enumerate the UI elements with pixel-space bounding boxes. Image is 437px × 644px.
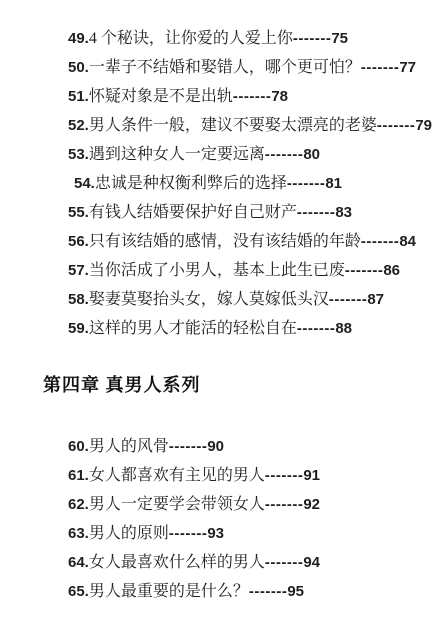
entry-title: 当你活成了小男人，基本上此生已废 [89,262,345,279]
entry-dots: ------- [297,204,335,221]
entry-number: 52. [68,117,89,134]
entry-title: 女人都喜欢有主见的男人 [89,467,265,484]
entry-page-number: 93 [207,525,224,542]
entry-title: 男人一定要学会带领女人 [89,496,265,513]
entry-title: 娶妻莫娶抬头女，嫁人莫嫁低头汉 [89,291,329,308]
entry-page-number: 90 [207,438,224,455]
entry-number: 62. [68,496,89,513]
entry-title: 有钱人结婚要保护好自己财产 [89,204,297,221]
entry-dots: ------- [249,583,287,600]
entry-title: 这样的男人才能活的轻松自在 [89,320,297,337]
toc-entry: 60.男人的风骨-------90 [0,432,437,461]
entry-number: 53. [68,146,89,163]
toc-entry: 64.女人最喜欢什么样的男人-------94 [0,548,437,577]
entry-number: 49. [68,30,89,47]
entry-page-number: 83 [335,204,352,221]
entry-number: 63. [68,525,89,542]
toc-entry: 56.只有该结婚的感情，没有该结婚的年龄-------84 [0,227,437,256]
entry-dots: ------- [345,262,383,279]
entry-dots: ------- [293,30,331,47]
entry-page-number: 92 [303,496,320,513]
entry-number: 50. [68,59,89,76]
entry-page-number: 77 [399,59,416,76]
chapter-heading: 第四章 真男人系列 [0,371,437,400]
entry-dots: ------- [297,320,335,337]
toc-entry: 52.男人条件一般，建议不要娶太漂亮的老婆-------79 [0,111,437,140]
entry-dots: ------- [265,496,303,513]
entry-title: 一辈子不结婚和娶错人，哪个更可怕？ [89,59,361,76]
toc-entry: 65.男人最重要的是什么？-------95 [0,577,437,606]
entry-dots: ------- [287,175,325,192]
toc-entry: 53.遇到这种女人一定要远离-------80 [0,140,437,169]
entry-number: 58. [68,291,89,308]
entry-number: 65. [68,583,89,600]
entry-dots: ------- [265,554,303,571]
entry-dots: ------- [329,291,367,308]
entry-number: 60. [68,438,89,455]
toc-entry: 55.有钱人结婚要保护好自己财产-------83 [0,198,437,227]
entry-title: 男人的风骨 [89,438,169,455]
entry-page-number: 87 [367,291,384,308]
entry-dots: ------- [361,233,399,250]
entry-page-number: 86 [383,262,400,279]
toc-entry: 63.男人的原则-------93 [0,519,437,548]
entry-dots: ------- [169,438,207,455]
entry-dots: ------- [361,59,399,76]
toc-entry: 57.当你活成了小男人，基本上此生已废-------86 [0,256,437,285]
entry-number: 54. [74,175,95,192]
toc-list-lower: 60.男人的风骨-------90 61.女人都喜欢有主见的男人-------9… [0,432,437,606]
entry-page-number: 91 [303,467,320,484]
toc-entry: 51.怀疑对象是不是出轨-------78 [0,82,437,111]
entry-page-number: 84 [399,233,416,250]
entry-title: 遇到这种女人一定要远离 [89,146,265,163]
entry-number: 51. [68,88,89,105]
entry-title: 4 个秘诀，让你爱的人爱上你 [89,30,293,47]
toc-entry: 58.娶妻莫娶抬头女，嫁人莫嫁低头汉-------87 [0,285,437,314]
toc-list-upper: 49.4 个秘诀，让你爱的人爱上你-------75 50.一辈子不结婚和娶错人… [0,24,437,343]
entry-title: 女人最喜欢什么样的男人 [89,554,265,571]
entry-title: 忠诚是种权衡利弊后的选择 [95,175,287,192]
entry-page-number: 75 [331,30,348,47]
entry-page-number: 80 [303,146,320,163]
entry-page-number: 94 [303,554,320,571]
entry-title: 男人的原则 [89,525,169,542]
document-page: 49.4 个秘诀，让你爱的人爱上你-------75 50.一辈子不结婚和娶错人… [0,0,437,644]
entry-number: 56. [68,233,89,250]
entry-dots: ------- [169,525,207,542]
entry-number: 55. [68,204,89,221]
toc-entry: 62.男人一定要学会带领女人-------92 [0,490,437,519]
entry-title: 男人最重要的是什么？ [89,583,249,600]
entry-page-number: 95 [287,583,304,600]
toc-entry: 61.女人都喜欢有主见的男人-------91 [0,461,437,490]
entry-dots: ------- [265,467,303,484]
entry-number: 64. [68,554,89,571]
entry-dots: ------- [377,117,415,134]
entry-title: 怀疑对象是不是出轨 [89,88,233,105]
entry-number: 59. [68,320,89,337]
toc-entry: 49.4 个秘诀，让你爱的人爱上你-------75 [0,24,437,53]
entry-dots: ------- [233,88,271,105]
entry-page-number: 81 [325,175,342,192]
toc-entry: 59.这样的男人才能活的轻松自在-------88 [0,314,437,343]
entry-page-number: 79 [415,117,432,134]
entry-title: 只有该结婚的感情，没有该结婚的年龄 [89,233,361,250]
toc-entry: 54.忠诚是种权衡利弊后的选择-------81 [0,169,437,198]
entry-dots: ------- [265,146,303,163]
entry-title: 男人条件一般，建议不要娶太漂亮的老婆 [89,117,377,134]
entry-page-number: 78 [271,88,288,105]
entry-page-number: 88 [335,320,352,337]
entry-number: 57. [68,262,89,279]
entry-number: 61. [68,467,89,484]
toc-entry: 50.一辈子不结婚和娶错人，哪个更可怕？-------77 [0,53,437,82]
